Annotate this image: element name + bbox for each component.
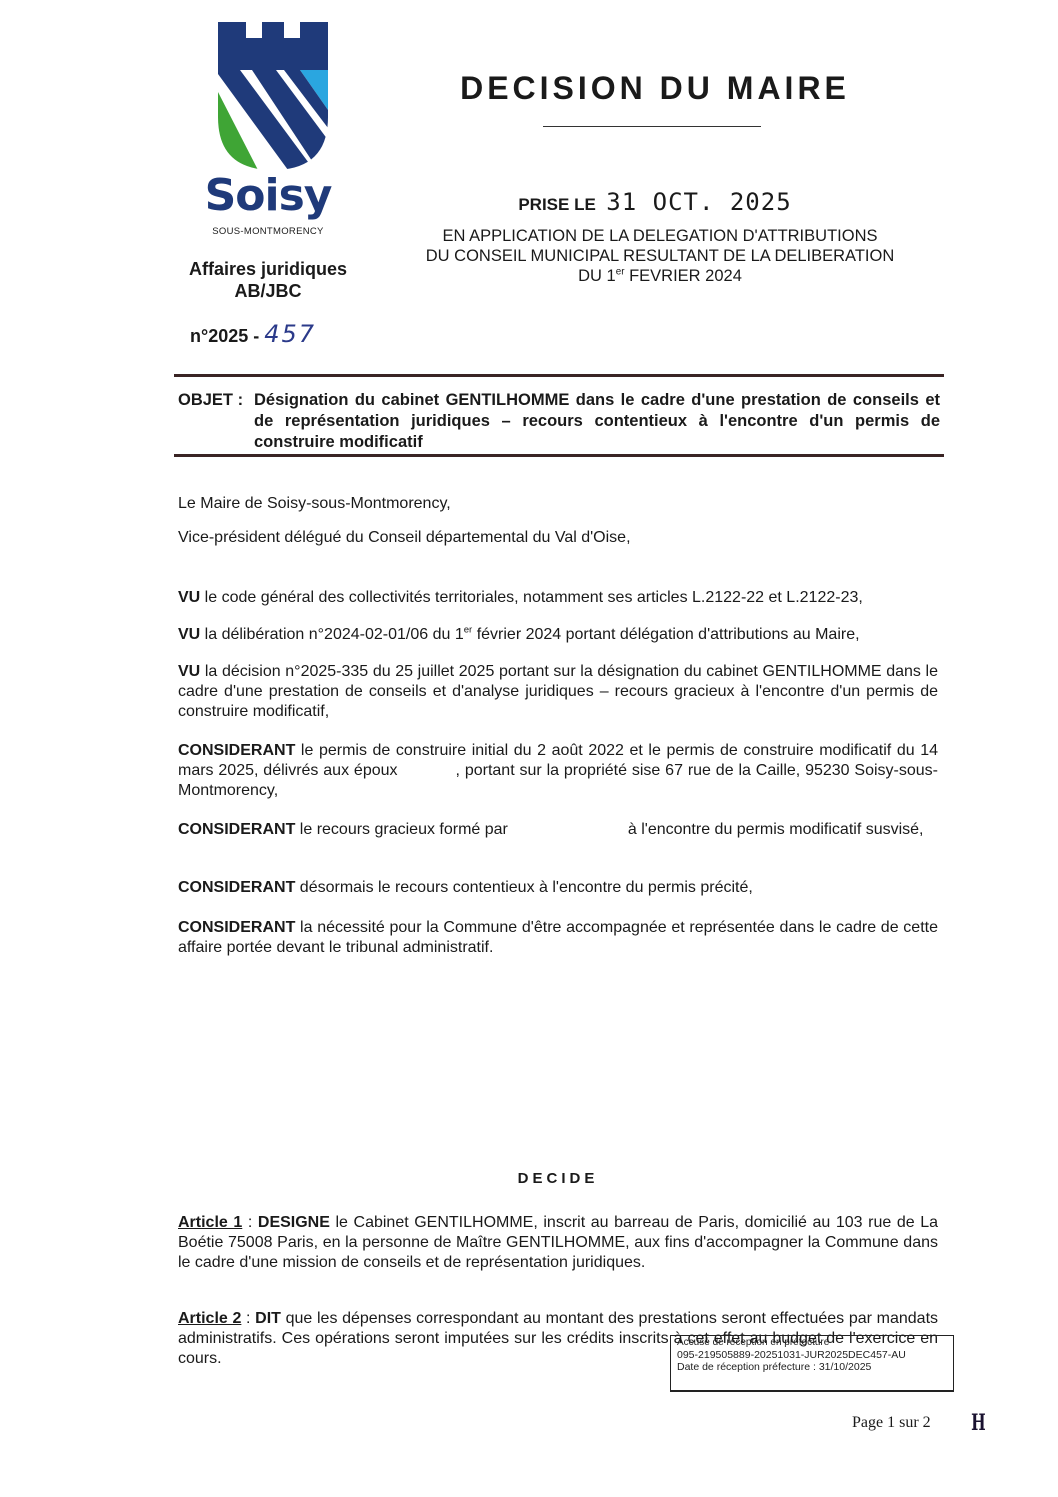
handwritten-initials: H — [971, 1410, 986, 1436]
objet-text: Désignation du cabinet GENTILHOMME dans … — [178, 390, 940, 453]
decision-date: PRISE LE 31 OCT. 2025 — [420, 188, 890, 216]
decision-date-stamp: 31 OCT. 2025 — [606, 188, 791, 216]
delegation-line: EN APPLICATION DE LA DELEGATION D'ATTRIB… — [400, 226, 920, 246]
title-underline — [543, 126, 761, 127]
objet-label: OBJET : — [178, 390, 254, 411]
decision-date-label: PRISE LE — [518, 195, 595, 214]
visa-item: VU le code général des collectivités ter… — [178, 588, 938, 608]
decide-heading: DECIDE — [178, 1170, 938, 1187]
delegation-line: DU CONSEIL MUNICIPAL RESULTANT DE LA DEL… — [400, 246, 920, 266]
brand-name: Soisy — [200, 168, 336, 224]
stamp-reference: 095-219505889-20251031-JUR2025DEC457-AU — [671, 1349, 953, 1361]
article-1: Article 1 : DESIGNE le Cabinet GENTILHOM… — [178, 1213, 938, 1273]
intro-mayor: Le Maire de Soisy-sous-Montmorency, — [178, 494, 938, 514]
objet-bottom-rule — [174, 454, 944, 457]
visa-item: VU la décision n°2025-335 du 25 juillet … — [178, 662, 938, 722]
objet-block: OBJET : Désignation du cabinet GENTILHOM… — [178, 390, 940, 453]
department-ref: AB/JBC — [170, 280, 366, 302]
considerant-item: CONSIDERANT la nécessité pour la Commune… — [178, 918, 938, 958]
considerant-item: CONSIDERANT le permis de construire init… — [178, 741, 938, 801]
delegation-line: DU 1er FEVRIER 2024 — [400, 266, 920, 286]
considerant-item: CONSIDERANT désormais le recours content… — [178, 878, 938, 898]
intro-title: Vice-président délégué du Conseil départ… — [178, 528, 938, 548]
decision-number-handwritten: 457 — [264, 320, 316, 348]
page-number: Page 1 sur 2 — [852, 1414, 931, 1432]
department: Affaires juridiques AB/JBC — [170, 258, 366, 302]
objet-top-rule — [174, 374, 944, 377]
soisy-crest-logo — [218, 22, 328, 170]
delegation-statement: EN APPLICATION DE LA DELEGATION D'ATTRIB… — [400, 226, 920, 286]
visa-item: VU la délibération n°2024-02-01/06 du 1e… — [178, 625, 938, 645]
department-name: Affaires juridiques — [170, 258, 366, 280]
stamp-title: Accusé de réception en préfecture — [671, 1337, 953, 1349]
considerant-item: CONSIDERANT le recours gracieux formé pa… — [178, 820, 938, 840]
brand-subtitle: SOUS-MONTMORENCY — [196, 226, 340, 237]
decision-number-prefix: n°2025 - — [190, 326, 259, 346]
page-title: DECISION DU MAIRE — [420, 70, 890, 107]
stamp-reception-date: Date de réception préfecture : 31/10/202… — [671, 1361, 953, 1373]
prefecture-receipt-stamp: Accusé de réception en préfecture 095-21… — [670, 1335, 954, 1392]
decision-number: n°2025 - 457 — [190, 320, 316, 348]
